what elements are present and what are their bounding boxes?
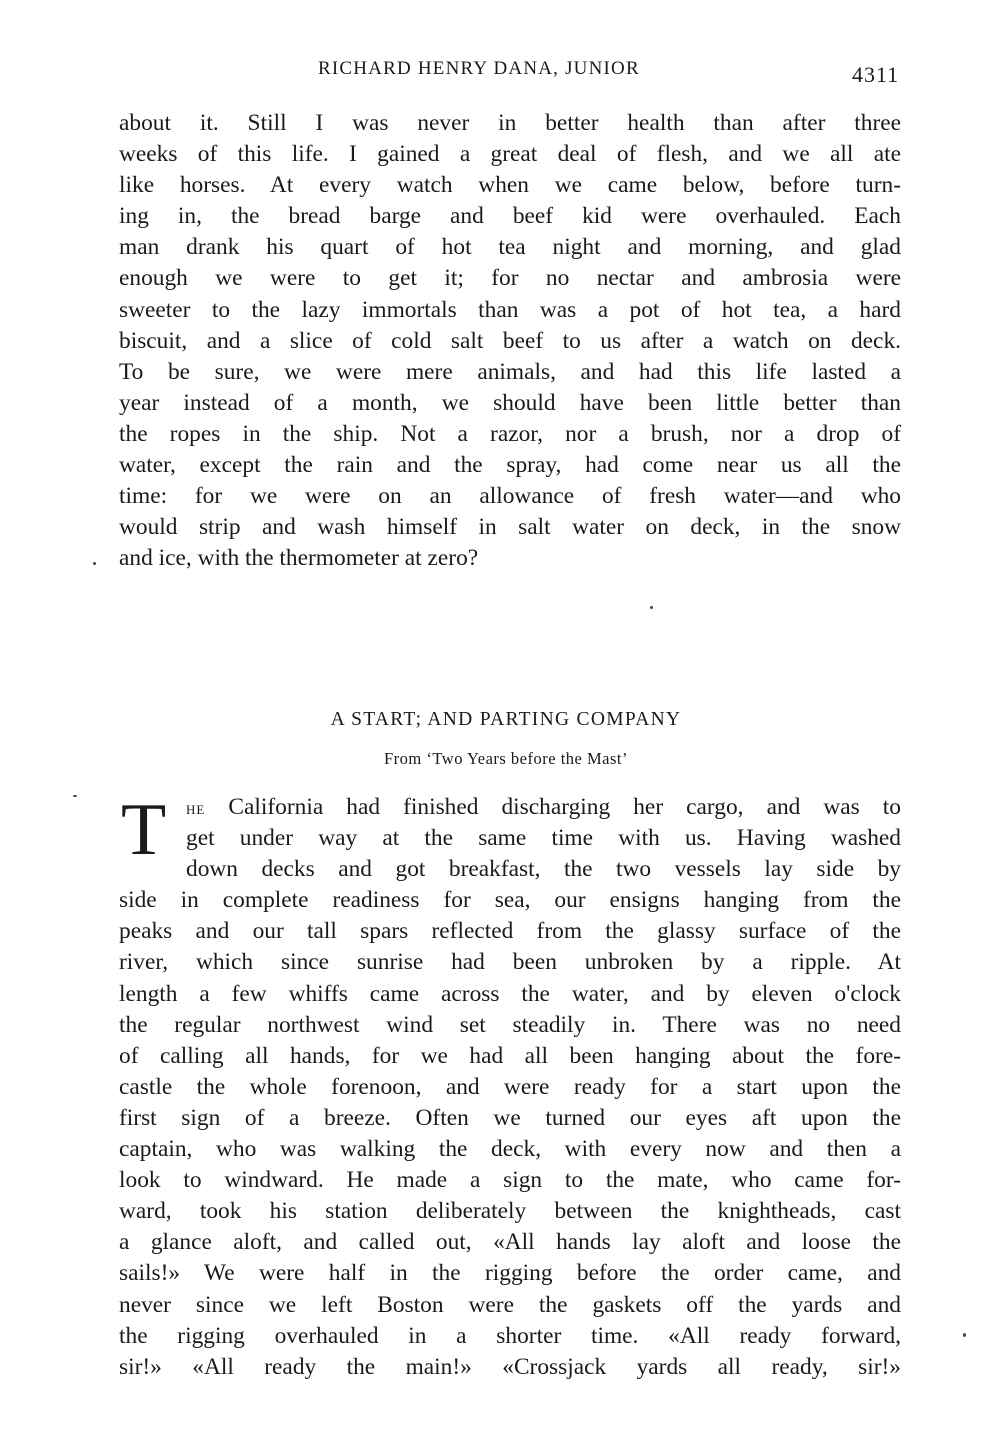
text-line: ing in, the bread barge and beef kid wer… <box>119 201 901 232</box>
text-line: the ropes in the ship. Not a razor, nor … <box>119 419 901 450</box>
text-line: weeks of this life. I gained a great dea… <box>119 139 901 170</box>
text-line: water, except the rain and the spray, ha… <box>119 450 901 481</box>
text-line: captain, who was walking the deck, with … <box>119 1134 901 1165</box>
text-line: ward, took his station deliberately betw… <box>119 1196 901 1227</box>
text-line: the regular northwest wind set steadily … <box>119 1010 901 1041</box>
text-line: To be sure, we were mere animals, and ha… <box>119 357 901 388</box>
page-number: 4311 <box>852 62 899 88</box>
text-line: first sign of a breeze. Often we turned … <box>119 1103 901 1134</box>
text-line: never since we left Boston were the gask… <box>119 1290 901 1321</box>
text-line: year instead of a month, we should have … <box>119 388 901 419</box>
scan-speck <box>650 606 653 609</box>
small-caps-lead: he <box>186 798 205 819</box>
text-line: would strip and wash himself in salt wat… <box>119 512 901 543</box>
text-line: peaks and our tall spars reflected from … <box>119 916 901 947</box>
text-line: man drank his quart of hot tea night and… <box>119 232 901 263</box>
text-line: of calling all hands, for we had all bee… <box>119 1041 901 1072</box>
text-fragment: California had finished discharging her … <box>205 794 901 820</box>
text-line: biscuit, and a slice of cold salt beef t… <box>119 326 901 357</box>
text-line: a glance aloft, and called out, «All han… <box>119 1227 901 1258</box>
text-line: and ice, with the thermometer at zero? <box>119 543 901 574</box>
second-passage: he California had finished discharging h… <box>119 792 901 1383</box>
text-line: river, which since sunrise had been unbr… <box>119 947 901 978</box>
text-line: enough we were to get it; for no nectar … <box>119 263 901 294</box>
text-line: the rigging overhauled in a shorter time… <box>119 1321 901 1352</box>
text-line: get under way at the same time with us. … <box>119 823 901 854</box>
first-passage: about it. Still I was never in better he… <box>119 108 901 574</box>
text-line: about it. Still I was never in better he… <box>119 108 901 139</box>
scan-speck <box>93 562 96 565</box>
running-head: RICHARD HENRY DANA, JUNIOR 4311 <box>0 58 1000 88</box>
running-title: RICHARD HENRY DANA, JUNIOR <box>318 58 640 80</box>
text-line: down decks and got breakfast, the two ve… <box>119 854 901 885</box>
text-line: castle the whole forenoon, and were read… <box>119 1072 901 1103</box>
section-source: From ‘Two Years before the Mast’ <box>0 749 1000 769</box>
text-line: sweeter to the lazy immortals than was a… <box>119 295 901 326</box>
scan-speck <box>73 795 77 797</box>
text-line: sir!» «All ready the main!» «Crossjack y… <box>119 1352 901 1383</box>
text-line: length a few whiffs came across the wate… <box>119 979 901 1010</box>
section-heading: A START; AND PARTING COMPANY <box>0 709 1000 731</box>
text-line: sails!» We were half in the rigging befo… <box>119 1258 901 1289</box>
scan-speck <box>963 1333 966 1337</box>
text-line: side in complete readiness for sea, our … <box>119 885 901 916</box>
text-line: like horses. At every watch when we came… <box>119 170 901 201</box>
text-line: look to windward. He made a sign to the … <box>119 1165 901 1196</box>
text-line: he California had finished discharging h… <box>119 792 901 823</box>
text-line: time: for we were on an allowance of fre… <box>119 481 901 512</box>
